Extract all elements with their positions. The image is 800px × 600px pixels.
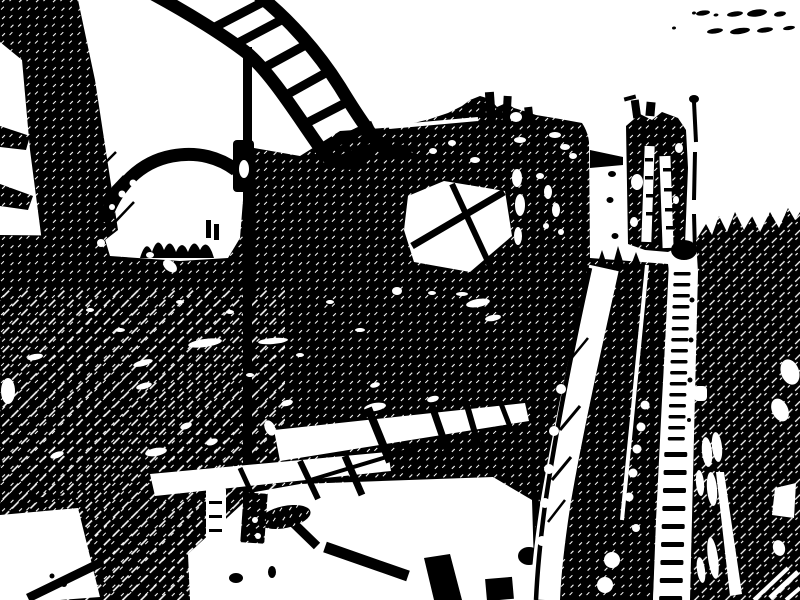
lift-rung <box>672 327 689 331</box>
lift-rung <box>669 404 686 408</box>
lift-rung <box>671 360 688 364</box>
lift-rung <box>672 305 689 309</box>
lift-rung <box>673 294 690 298</box>
lift-rung <box>661 542 684 547</box>
sketch-image-stage <box>0 0 800 600</box>
right-hatched-mass <box>690 208 800 600</box>
lift-rung <box>669 415 686 419</box>
lift-rung <box>670 371 687 375</box>
lift-rung <box>662 506 685 511</box>
sketch-image <box>0 0 800 600</box>
lift-rung <box>660 578 683 583</box>
lift-rung <box>662 524 685 529</box>
lift-rung <box>664 452 687 457</box>
lift-rung <box>670 382 687 386</box>
lift-rung <box>668 426 685 430</box>
lift-rung <box>664 470 687 475</box>
lift-rung <box>663 488 686 493</box>
lift-rung <box>660 560 683 565</box>
flag-pole <box>694 102 696 252</box>
lift-rung <box>659 596 682 600</box>
lift-rung <box>668 437 685 441</box>
lift-rung <box>672 316 689 320</box>
right-wedge <box>772 483 796 518</box>
lift-rung <box>671 349 688 353</box>
lift-rung <box>673 283 690 287</box>
lift-rung <box>674 272 691 276</box>
lift-rung <box>669 393 686 397</box>
lift-rung <box>671 338 688 342</box>
